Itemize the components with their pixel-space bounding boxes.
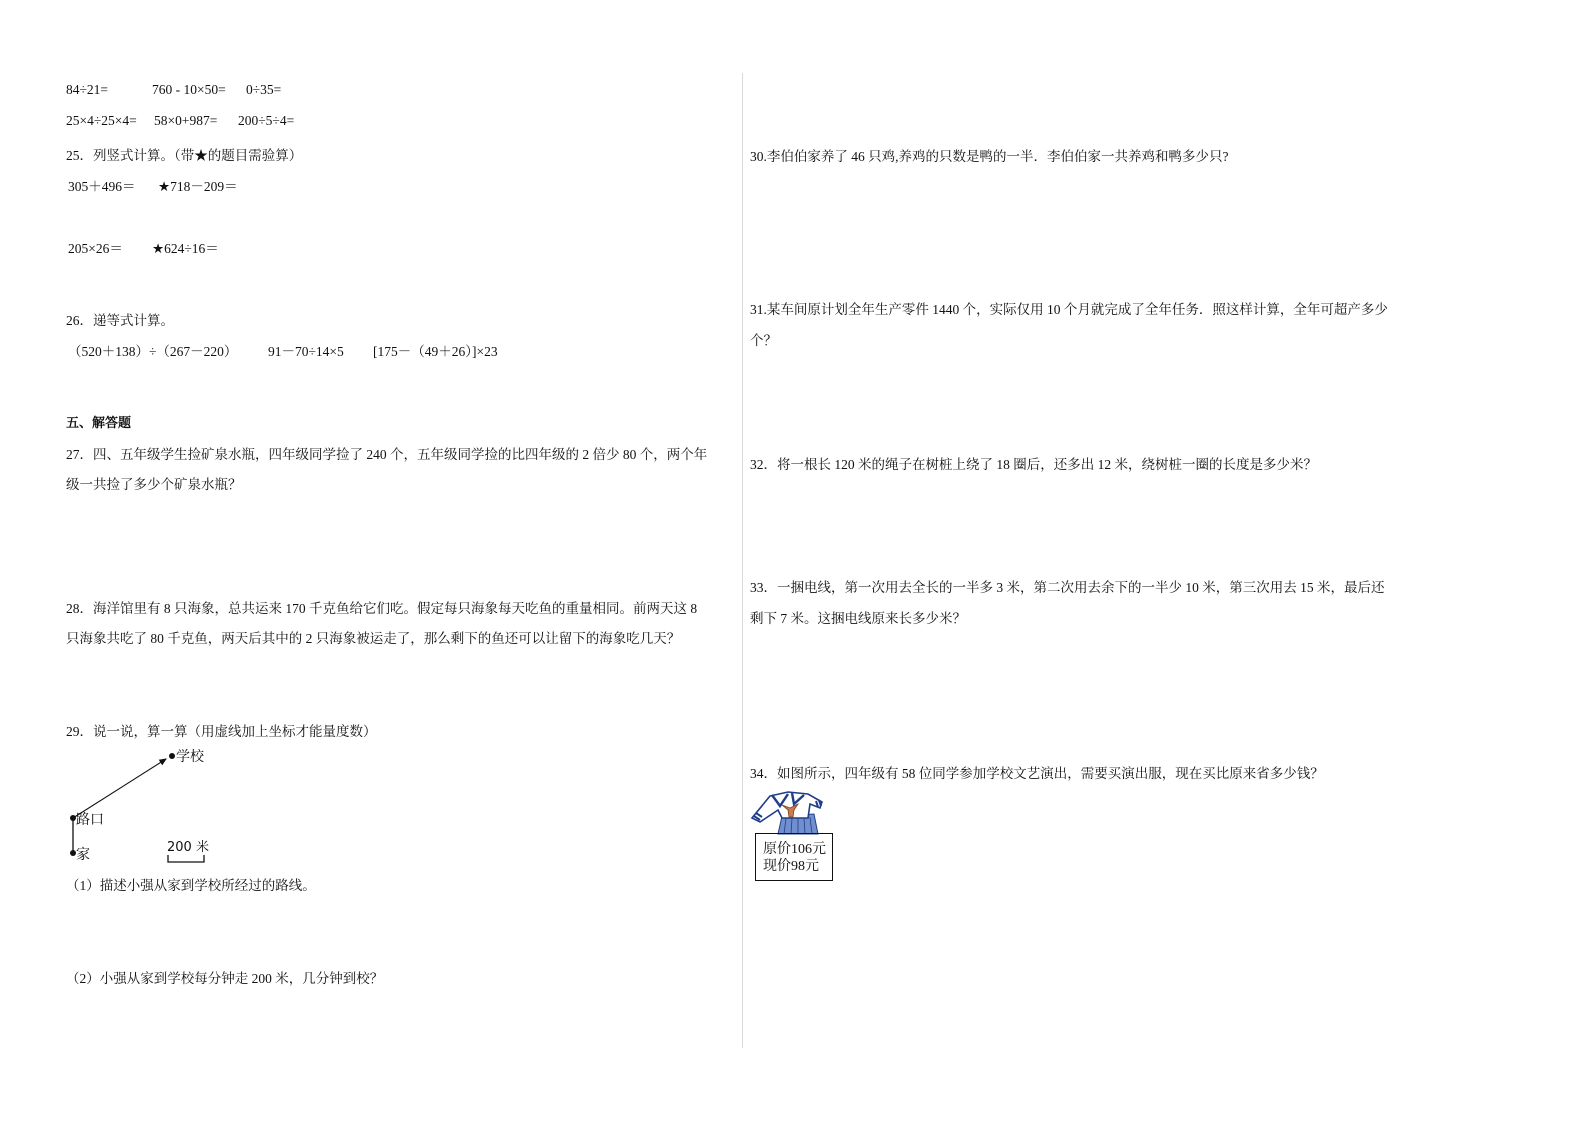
expr: [175－（49＋26）]×23 (373, 340, 498, 360)
q33-line-2: 剩下 7 米。这捆电线原来长多少米？ (750, 607, 966, 627)
expr: 84÷21= (66, 82, 152, 98)
q28-line-1: 28．海洋馆里有 8 只海象，总共运来 170 千克鱼给它们吃。假定每只海象每天… (66, 597, 697, 617)
expr: 91－70÷14×5 (268, 340, 373, 360)
current-price: 现价98元 (763, 858, 832, 875)
route-map: 学校 路口 家 200 米 (60, 745, 260, 865)
expr: 200÷5÷4= (238, 113, 294, 129)
q25-row-2: 205×26＝★624÷16＝ (68, 237, 219, 257)
q26-title: 26．递等式计算。 (66, 309, 174, 329)
expr: （520＋138）÷（267－220） (68, 340, 268, 360)
costume-icon (748, 788, 830, 836)
school-label: 学校 (176, 746, 204, 766)
q32: 32．将一根长 120 米的绳子在树桩上绕了 18 圈后，还多出 12 米，绕树… (750, 453, 1317, 473)
q31-line-1: 31.某车间原计划全年生产零件 1440 个，实际仅用 10 个月就完成了全年任… (750, 298, 1388, 318)
q34: 34．如图所示，四年级有 58 位同学参加学校文艺演出，需要买演出服，现在买比原… (750, 762, 1324, 782)
q29-sub-2: （2）小强从家到学校每分钟走 200 米，几分钟到校？ (66, 967, 383, 987)
expr: 760 - 10×50= (152, 82, 246, 98)
q27-line-2: 级一共捡了多少个矿泉水瓶？ (66, 473, 242, 493)
expr: ★718－209＝ (158, 175, 238, 195)
q26-items: （520＋138）÷（267－220）91－70÷14×5[175－（49＋26… (68, 340, 498, 360)
q25-row-1: 305＋496＝★718－209＝ (68, 175, 238, 195)
expr: 205×26＝ (68, 237, 152, 257)
oral-calc-row-2: 25×4÷25×4=58×0+987=200÷5÷4= (66, 113, 294, 129)
expr: 58×0+987= (154, 113, 238, 129)
q31-line-2: 个？ (750, 329, 777, 349)
original-price: 原价106元 (763, 841, 832, 858)
q29-sub-1: （1）描述小强从家到学校所经过的路线。 (66, 874, 316, 894)
q30: 30.李伯伯家养了 46 只鸡,养鸡的只数是鸭的一半．李伯伯家一共养鸡和鸭多少只… (750, 145, 1229, 165)
route-lines (60, 745, 260, 865)
crossing-label: 路口 (76, 809, 104, 829)
column-divider (742, 73, 743, 1048)
oral-calc-row-1: 84÷21=760 - 10×50=0÷35= (66, 82, 281, 98)
price-tag: 原价106元 现价98元 (755, 833, 833, 881)
expr: ★624÷16＝ (152, 237, 219, 257)
expr: 0÷35= (246, 82, 281, 98)
home-label: 家 (76, 844, 90, 864)
q28-line-2: 只海象共吃了 80 千克鱼，两天后其中的 2 只海象被运走了，那么剩下的鱼还可以… (66, 627, 680, 647)
q25-title: 25．列竖式计算。（带★的题目需验算） (66, 144, 302, 164)
section-title: 五、解答题 (66, 412, 131, 431)
q27-line-1: 27．四、五年级学生捡矿泉水瓶，四年级同学捡了 240 个，五年级同学捡的比四年… (66, 443, 707, 463)
expr: 305＋496＝ (68, 175, 158, 195)
expr: 25×4÷25×4= (66, 113, 154, 129)
q33-line-1: 33．一捆电线，第一次用去全长的一半多 3 米，第二次用去余下的一半少 10 米… (750, 576, 1385, 596)
scale-label: 200 米 (167, 836, 209, 855)
q29-title: 29．说一说，算一算（用虚线加上坐标才能量度数） (66, 720, 377, 740)
